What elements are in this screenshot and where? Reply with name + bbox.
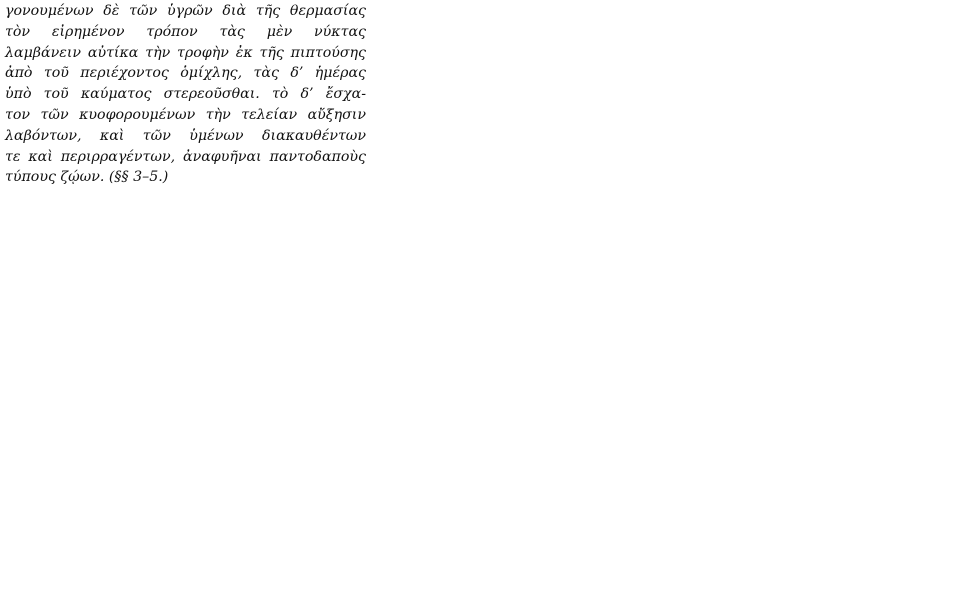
greek-text-passage: γονουμένων δὲ τῶν ὑγρῶν διὰ τῆς θερμασία… <box>5 1 366 188</box>
text-line-1: γονουμένων δὲ τῶν ὑγρῶν διὰ τῆς θερμασία… <box>5 1 366 22</box>
text-line-5: ὑπὸ τοῦ καύματος στερεοῦσθαι. τὸ δ’ ἔσχα… <box>5 84 366 105</box>
text-line-6: τον τῶν κυοφορουμένων τὴν τελείαν αὔξησι… <box>5 105 366 126</box>
text-line-7: λαβόντων, καὶ τῶν ὑμένων διακαυθέντων <box>5 126 366 147</box>
text-line-8: τε καὶ περιρραγέντων, ἀναφυῆναι παντοδαπ… <box>5 147 366 168</box>
text-line-3: λαμβάνειν αὐτίκα τὴν τροφὴν ἐκ τῆς πιπτο… <box>5 43 366 64</box>
text-line-2: τὸν εἰρημένον τρόπον τὰς μὲν νύκτας <box>5 22 366 43</box>
text-line-4: ἀπὸ τοῦ περιέχοντος ὁμίχλης, τὰς δ’ ἡμέρ… <box>5 63 366 84</box>
text-line-9-with-section-reference: τύπους ζῴων. (§§ 3–5.) <box>5 167 366 188</box>
